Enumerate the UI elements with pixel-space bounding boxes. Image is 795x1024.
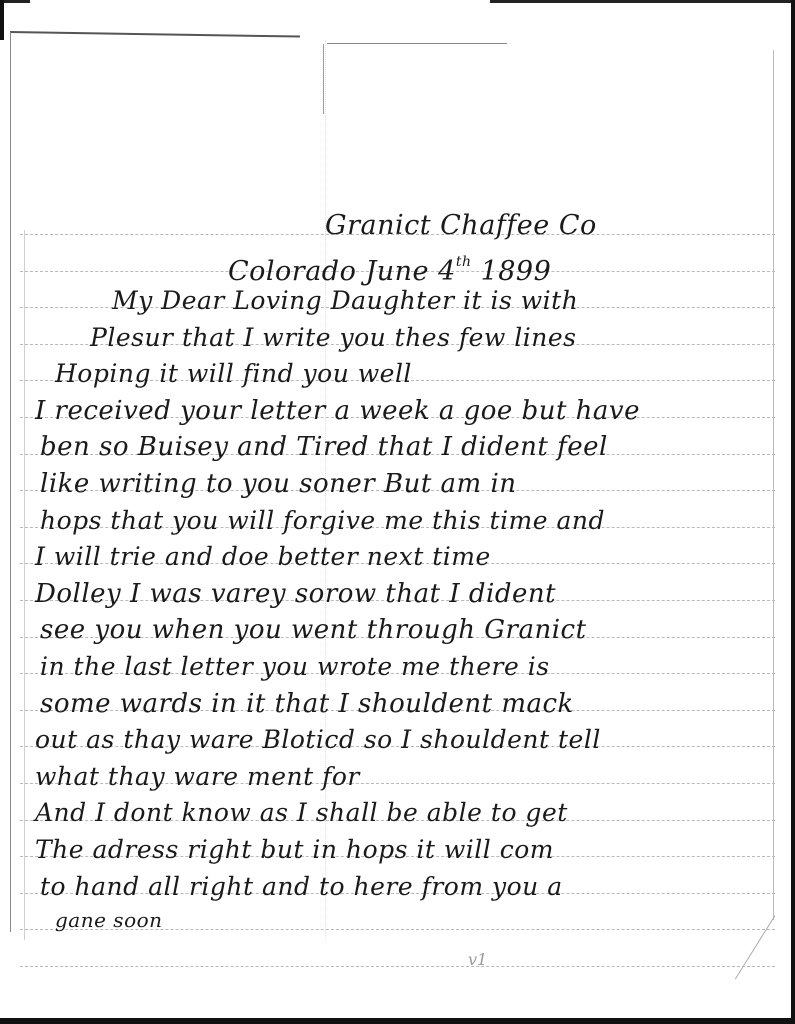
letter-date-line: Colorado June 4th 1899 bbox=[228, 255, 551, 285]
letter-line: My Dear Loving Daughter it is with bbox=[112, 288, 578, 313]
ruled-line bbox=[20, 966, 775, 967]
paper-notch bbox=[323, 44, 324, 114]
letter-line: The adress right but in hops it will com bbox=[35, 837, 554, 862]
month-text: June bbox=[365, 256, 429, 287]
faint-pencil-mark: v1 bbox=[468, 950, 487, 969]
letter-line: I received your letter a week a goe but … bbox=[35, 398, 640, 424]
scan-border-left bbox=[0, 0, 4, 1024]
place-text: Granict Chaffee Co bbox=[325, 210, 597, 241]
day-suffix: th bbox=[456, 254, 472, 270]
paper-edge-top-left bbox=[10, 31, 300, 38]
letter-line: to hand all right and to here from you a bbox=[40, 874, 563, 899]
letter-line: Plesur that I write you thes few lines bbox=[90, 325, 577, 350]
letter-line: what thay ware ment for bbox=[35, 764, 360, 789]
letter-line: Hoping it will find you well bbox=[55, 361, 412, 386]
paper-edge-right bbox=[773, 50, 774, 920]
paper-edge-top-right bbox=[327, 43, 507, 44]
year-text: 1899 bbox=[481, 256, 552, 287]
letter-line: I will trie and doe better next time bbox=[35, 544, 491, 569]
paper-edge-left bbox=[10, 32, 11, 932]
day-text: 4 bbox=[438, 256, 456, 287]
letter-line: Dolley I was varey sorow that I dident bbox=[35, 581, 556, 607]
letter-line: gane soon bbox=[55, 910, 163, 930]
letter-line: like writing to you soner But am in bbox=[40, 471, 517, 497]
scan-border-top bbox=[0, 0, 795, 3]
margin-line bbox=[24, 230, 25, 940]
letter-line: hops that you will forgive me this time … bbox=[40, 508, 605, 533]
scan-border-bottom bbox=[0, 1018, 795, 1024]
letter-line: in the last letter you wrote me there is bbox=[40, 654, 550, 679]
letter-line: some wards in it that I shouldent mack bbox=[40, 691, 574, 717]
scan-border-right bbox=[791, 0, 795, 1024]
letter-place-line: Granict Chaffee Co bbox=[325, 212, 597, 239]
state-text: Colorado bbox=[228, 256, 356, 287]
letter-line: see you when you went through Granict bbox=[40, 617, 587, 643]
letter-line: ben so Buisey and Tired that I dident fe… bbox=[40, 434, 608, 460]
letter-line: And I dont know as I shall be able to ge… bbox=[35, 800, 568, 825]
letter-line: out as thay ware Bloticd so I shouldent … bbox=[35, 727, 601, 752]
paper-corner-fold bbox=[735, 915, 776, 979]
